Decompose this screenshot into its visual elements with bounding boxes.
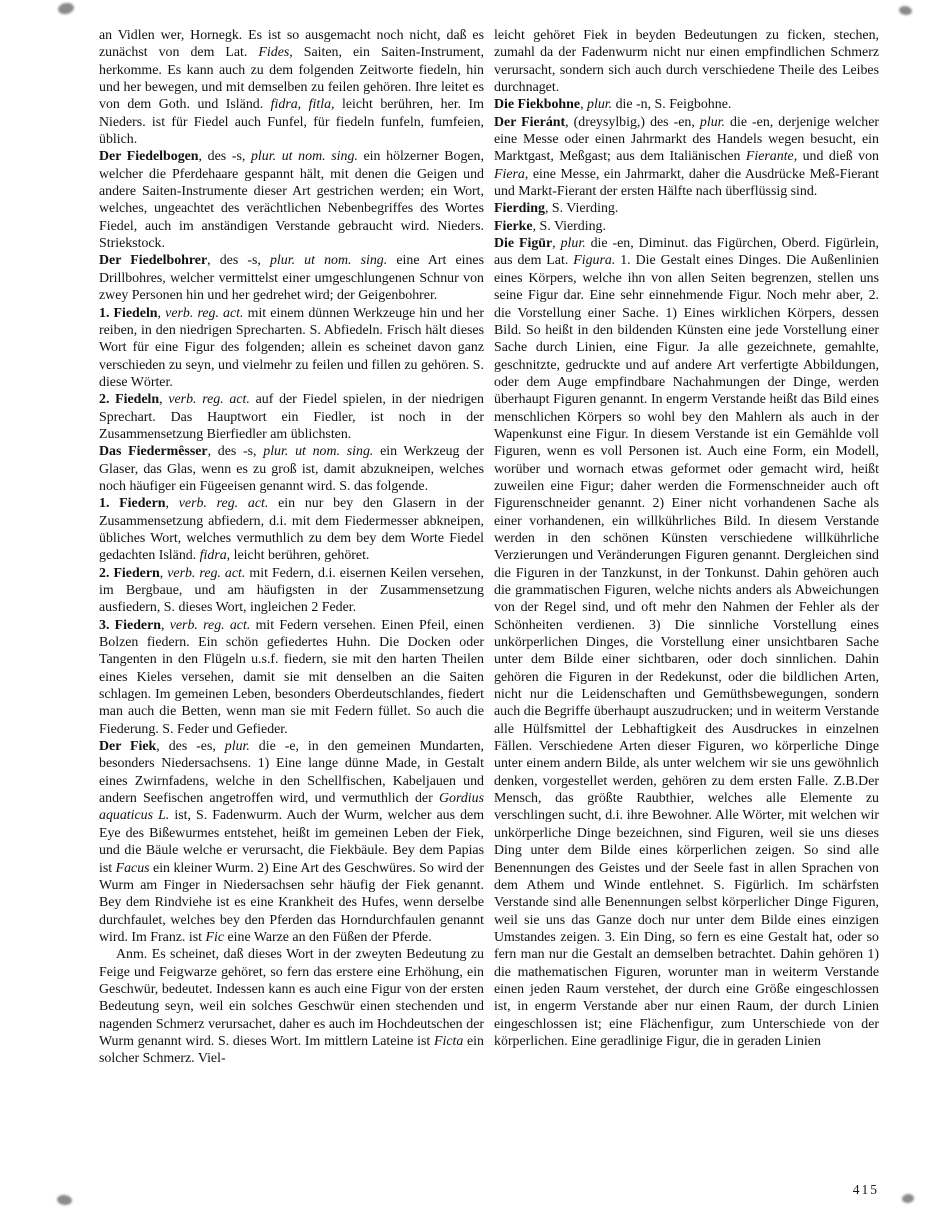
dictionary-page: an Vidlen wer, Hornegk. Es ist so ausgem…: [0, 0, 935, 1210]
scan-smudge-top-right-icon: [898, 5, 912, 16]
dictionary-paragraph: leicht gehöret Fiek in beyden Bedeutunge…: [494, 27, 879, 96]
left-text-column: an Vidlen wer, Hornegk. Es ist so ausgem…: [99, 27, 484, 1068]
dictionary-paragraph: Der Fiedelbohrer, des -s, plur. ut nom. …: [99, 252, 484, 304]
dictionary-paragraph: Der Fieránt, (dreysylbig,) des -en, plur…: [494, 114, 879, 201]
dictionary-paragraph: Fierke, S. Vierding.: [494, 218, 879, 235]
dictionary-paragraph: Das Fiedermêsser, des -s, plur. ut nom. …: [99, 443, 484, 495]
dictionary-paragraph: Fierding, S. Vierding.: [494, 200, 879, 217]
scan-smudge-top-left-icon: [57, 1, 75, 15]
dictionary-paragraph: an Vidlen wer, Hornegk. Es ist so ausgem…: [99, 27, 484, 148]
dictionary-paragraph: Die Fiekbohne, plur. die -n, S. Feigbohn…: [494, 96, 879, 113]
scan-smudge-bottom-left-icon: [56, 1194, 72, 1206]
scan-smudge-bottom-right-icon: [901, 1193, 914, 1204]
dictionary-paragraph: 1. Fiedeln, verb. reg. act. mit einem dü…: [99, 305, 484, 392]
dictionary-paragraph: Der Fiek, des -es, plur. die -e, in den …: [99, 738, 484, 946]
dictionary-paragraph: 2. Fiedern, verb. reg. act. mit Federn, …: [99, 565, 484, 617]
dictionary-paragraph: Anm. Es scheinet, daß dieses Wort in der…: [99, 946, 484, 1067]
dictionary-paragraph: 2. Fiedeln, verb. reg. act. auf der Fied…: [99, 391, 484, 443]
dictionary-paragraph: 1. Fiedern, verb. reg. act. ein nur bey …: [99, 495, 484, 564]
dictionary-paragraph: Der Fiedelbogen, des -s, plur. ut nom. s…: [99, 148, 484, 252]
dictionary-paragraph: Die Figūr, plur. die -en, Diminut. das F…: [494, 235, 879, 1050]
page-number: 415: [853, 1182, 879, 1198]
dictionary-paragraph: 3. Fiedern, verb. reg. act. mit Federn v…: [99, 617, 484, 738]
right-text-column: leicht gehöret Fiek in beyden Bedeutunge…: [494, 27, 879, 1050]
scanned-dictionary-page: { "page": { "number": "415" }, "columns"…: [0, 0, 935, 1210]
